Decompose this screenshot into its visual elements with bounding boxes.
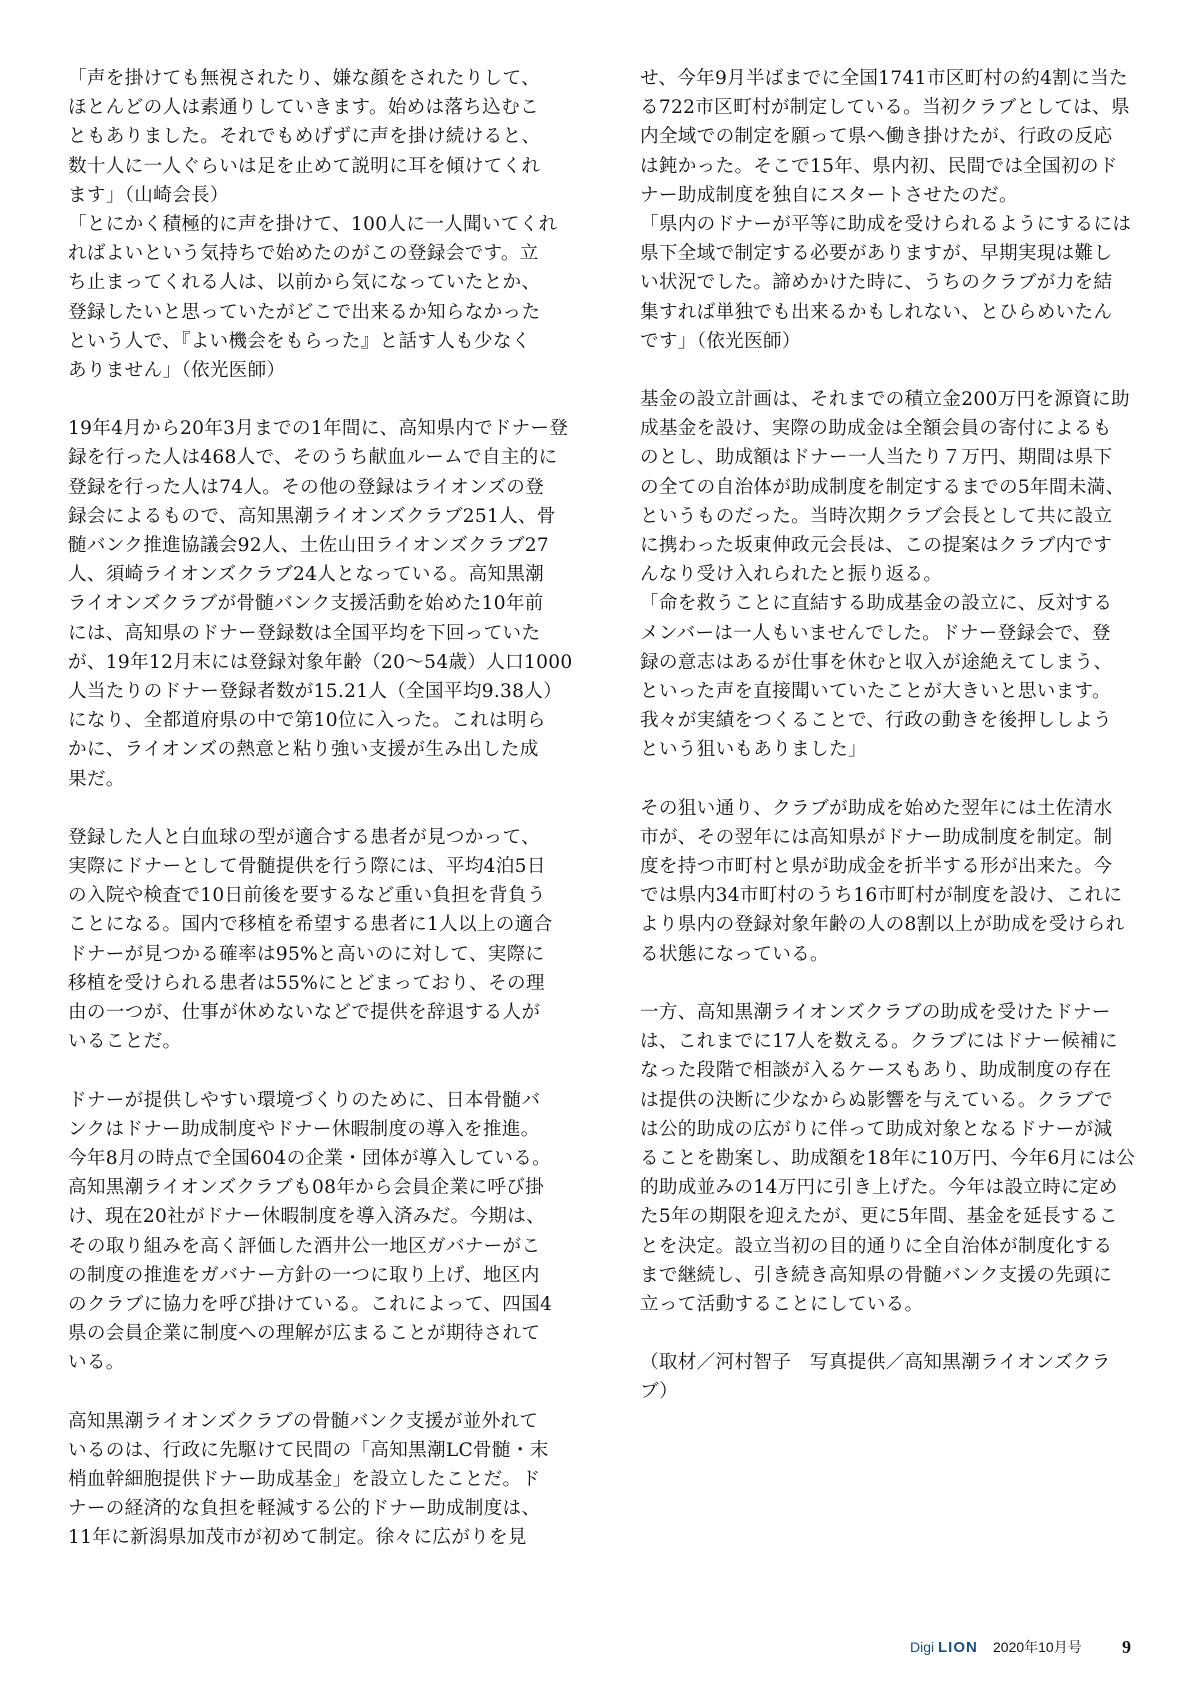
text-line: 「とにかく積極的に声を掛けて、100人に一人聞いてくれ xyxy=(68,210,564,239)
text-line: ドナーが見つかる確率は95%と高いのに対して、実際に xyxy=(68,940,564,969)
text-line: ナーの経済的な負担を軽減する公的ドナー助成制度は、 xyxy=(68,1494,564,1523)
text-line: です」（依光医師） xyxy=(640,327,1140,356)
text-line: 度を持つ市町村と県が助成金を折半する形が出来た。今 xyxy=(640,852,1140,881)
text-line: という人で、『よい機会をもらった』と話す人も少なく xyxy=(68,327,564,356)
text-line: は、これまでに17人を数える。クラブにはドナー候補に xyxy=(640,1027,1140,1056)
text-line: では県内34市町村のうち16市町村が制度を設け、これに xyxy=(640,881,1140,910)
text-line: 人、須崎ライオンズクラブ24人となっている。高知黒潮 xyxy=(68,560,564,589)
text-line: メンバーは一人もいませんでした。ドナー登録会で、登 xyxy=(640,619,1140,648)
text-line: ライオンズクラブが骨髄バンク支援活動を始めた10年前 xyxy=(68,589,564,618)
text-line: 由の一つが、仕事が休めないなどで提供を辞退する人が xyxy=(68,998,564,1027)
text-line: その取り組みを高く評価した酒井公一地区ガバナーがこ xyxy=(68,1232,564,1261)
text-line: その狙い通り、クラブが助成を始めた翌年には土佐清水 xyxy=(640,794,1140,823)
text-line: ることを勘案し、助成額を18年に10万円、今年6月には公 xyxy=(640,1144,1140,1173)
text-line: 高知黒潮ライオンズクラブも08年から会員企業に呼び掛 xyxy=(68,1173,564,1202)
text-line: 19年4月から20年3月までの1年間に、高知県内でドナー登 xyxy=(68,414,564,443)
paragraph-gap xyxy=(68,1056,564,1085)
text-line: ドナーが提供しやすい環境づくりのために、日本骨髄バ xyxy=(68,1086,564,1115)
text-line: のとし、助成額はドナー一人当たり７万円、期間は県下 xyxy=(640,443,1140,472)
paragraph-gap xyxy=(640,765,1140,794)
text-line: は提供の決断に少なからぬ影響を与えている。クラブで xyxy=(640,1086,1140,1115)
issue-label: 2020年10月号 xyxy=(993,1632,1082,1662)
text-line: 成基金を設け、実際の助成金は全額会員の寄付によるも xyxy=(640,414,1140,443)
text-line: なった段階で相談が入るケースもあり、助成制度の存在 xyxy=(640,1056,1140,1085)
text-line: せ、今年9月半ばまでに全国1741市区町村の約4割に当た xyxy=(640,64,1140,93)
text-line: 「命を救うことに直結する助成基金の設立に、反対する xyxy=(640,589,1140,618)
text-line: かに、ライオンズの熱意と粘り強い支援が生み出した成 xyxy=(68,735,564,764)
text-line: ブ） xyxy=(640,1377,1140,1406)
text-line: の全ての自治体が助成制度を制定するまでの5年間未満、 xyxy=(640,473,1140,502)
paragraph-gap xyxy=(68,794,564,823)
text-line: いるのは、行政に先駆けて民間の「高知黒潮LC骨髄・末 xyxy=(68,1436,564,1465)
text-line: は公的助成の広がりに伴って助成対象となるドナーが減 xyxy=(640,1115,1140,1144)
text-line: 市が、その翌年には高知県がドナー助成制度を制定。制 xyxy=(640,823,1140,852)
text-line: け、現在20社がドナー休暇制度を導入済みだ。今期は、 xyxy=(68,1202,564,1231)
text-line: ンクはドナー助成制度やドナー休暇制度の導入を推進。 xyxy=(68,1115,564,1144)
text-line: になり、全都道府県の中で第10位に入った。これは明ら xyxy=(68,706,564,735)
brand-prefix: Digi xyxy=(910,1639,934,1655)
text-line: 今年8月の時点で全国604の企業・団体が導入している。 xyxy=(68,1144,564,1173)
text-line: る722市区町村が制定している。当初クラブとしては、県 xyxy=(640,93,1140,122)
text-line: 登録を行った人は74人。その他の登録はライオンズの登 xyxy=(68,473,564,502)
text-line: というものだった。当時次期クラブ会長として共に設立 xyxy=(640,502,1140,531)
paragraph-gap xyxy=(68,1377,564,1406)
text-line: 我々が実績をつくることで、行政の動きを後押ししよう xyxy=(640,706,1140,735)
text-line: いる。 xyxy=(68,1348,564,1377)
text-line: 移植を受けられる患者は55%にとどまっており、その理 xyxy=(68,969,564,998)
text-line: 「声を掛けても無視されたり、嫌な顔をされたりして、 xyxy=(68,64,564,93)
text-line: 一方、高知黒潮ライオンズクラブの助成を受けたドナー xyxy=(640,998,1140,1027)
text-line: んなり受け入れられたと振り返る。 xyxy=(640,560,1140,589)
text-line: 立って活動することにしている。 xyxy=(640,1290,1140,1319)
text-line: 高知黒潮ライオンズクラブの骨髄バンク支援が並外れて xyxy=(68,1407,564,1436)
paragraph-gap xyxy=(640,1319,1140,1348)
text-line: は鈍かった。そこで15年、県内初、民間では全国初のド xyxy=(640,152,1140,181)
text-line: 果だ。 xyxy=(68,765,564,794)
text-line: 録を行った人は468人で、そのうち献血ルームで自主的に xyxy=(68,443,564,472)
text-line: ほとんどの人は素通りしていきます。始めは落ち込むこ xyxy=(68,93,564,122)
text-line: ともありました。それでもめげずに声を掛け続けると、 xyxy=(68,122,564,151)
text-line: 11年に新潟県加茂市が初めて制定。徐々に広がりを見 xyxy=(68,1523,564,1552)
text-line: 基金の設立計画は、それまでの積立金200万円を源資に助 xyxy=(640,385,1140,414)
text-line: の入院や検査で10日前後を要するなど重い負担を背負う xyxy=(68,881,564,910)
text-line: のクラブに協力を呼び掛けている。これによって、四国4 xyxy=(68,1290,564,1319)
text-line: い状況でした。諦めかけた時に、うちのクラブが力を結 xyxy=(640,268,1140,297)
text-line: 録の意志はあるが仕事を休むと収入が途絶えてしまう、 xyxy=(640,648,1140,677)
text-line: より県内の登録対象年齢の人の8割以上が助成を受けられ xyxy=(640,910,1140,939)
right-column: せ、今年9月半ばまでに全国1741市区町村の約4割に当たる722市区町村が制定し… xyxy=(640,64,1140,1407)
text-line: 登録した人と白血球の型が適合する患者が見つかって、 xyxy=(68,823,564,852)
paragraph-gap xyxy=(640,969,1140,998)
text-line: 県下全域で制定する必要がありますが、早期実現は難し xyxy=(640,239,1140,268)
text-line: という狙いもありました」 xyxy=(640,735,1140,764)
text-line: 人当たりのドナー登録者数が15.21人（全国平均9.38人） xyxy=(68,677,564,706)
magazine-brand: Digi LION xyxy=(910,1632,978,1663)
brand-name: LION xyxy=(938,1639,978,1656)
text-line: 実際にドナーとして骨髄提供を行う際には、平均4泊5日 xyxy=(68,852,564,881)
text-line: といった声を直接聞いていたことが大きいと思います。 xyxy=(640,677,1140,706)
text-line: まで継続し、引き続き高知県の骨髄バンク支援の先頭に xyxy=(640,1261,1140,1290)
text-line: 数十人に一人ぐらいは足を止めて説明に耳を傾けてくれ xyxy=(68,152,564,181)
paragraph-gap xyxy=(640,356,1140,385)
left-column: 「声を掛けても無視されたり、嫌な顔をされたりして、ほとんどの人は素通りしていきま… xyxy=(68,64,564,1553)
page-number: 9 xyxy=(1122,1632,1131,1662)
text-line: ればよいという気持ちで始めたのがこの登録会です。立 xyxy=(68,239,564,268)
text-line: 内全域での制定を願って県へ働き掛けたが、行政の反応 xyxy=(640,122,1140,151)
text-line: ことになる。国内で移植を希望する患者に1人以上の適合 xyxy=(68,910,564,939)
text-line: には、高知県のドナー登録数は全国平均を下回っていた xyxy=(68,619,564,648)
text-line: ありません」（依光医師） xyxy=(68,356,564,385)
text-line: 登録したいと思っていたがどこで出来るか知らなかった xyxy=(68,298,564,327)
text-line: た5年の期限を迎えたが、更に5年間、基金を延長するこ xyxy=(640,1202,1140,1231)
text-line: 「県内のドナーが平等に助成を受けられるようにするには xyxy=(640,210,1140,239)
text-line: 県の会員企業に制度への理解が広まることが期待されて xyxy=(68,1319,564,1348)
text-line: に携わった坂東伸政元会長は、この提案はクラブ内です xyxy=(640,531,1140,560)
page-footer: Digi LION 2020年10月号 9 xyxy=(0,1632,1200,1662)
text-line: 髄バンク推進協議会92人、土佐山田ライオンズクラブ27 xyxy=(68,531,564,560)
text-line: 的助成並みの14万円に引き上げた。今年は設立時に定め xyxy=(640,1173,1140,1202)
text-line: 梢血幹細胞提供ドナー助成基金」を設立したことだ。ド xyxy=(68,1465,564,1494)
text-line: （取材／河村智子 写真提供／高知黒潮ライオンズクラ xyxy=(640,1348,1140,1377)
text-line: が、19年12月末には登録対象年齢（20～54歳）人口1000 xyxy=(68,648,564,677)
text-line: る状態になっている。 xyxy=(640,940,1140,969)
text-line: ます」（山崎会長） xyxy=(68,181,564,210)
text-line: 録会によるもので、高知黒潮ライオンズクラブ251人、骨 xyxy=(68,502,564,531)
text-line: とを決定。設立当初の目的通りに全自治体が制度化する xyxy=(640,1232,1140,1261)
text-line: 集すれば単独でも出来るかもしれない、とひらめいたん xyxy=(640,298,1140,327)
text-line: ナー助成制度を独自にスタートさせたのだ。 xyxy=(640,181,1140,210)
text-line: いることだ。 xyxy=(68,1027,564,1056)
text-line: の制度の推進をガバナー方針の一つに取り上げ、地区内 xyxy=(68,1261,564,1290)
paragraph-gap xyxy=(68,385,564,414)
text-line: ち止まってくれる人は、以前から気になっていたとか、 xyxy=(68,268,564,297)
